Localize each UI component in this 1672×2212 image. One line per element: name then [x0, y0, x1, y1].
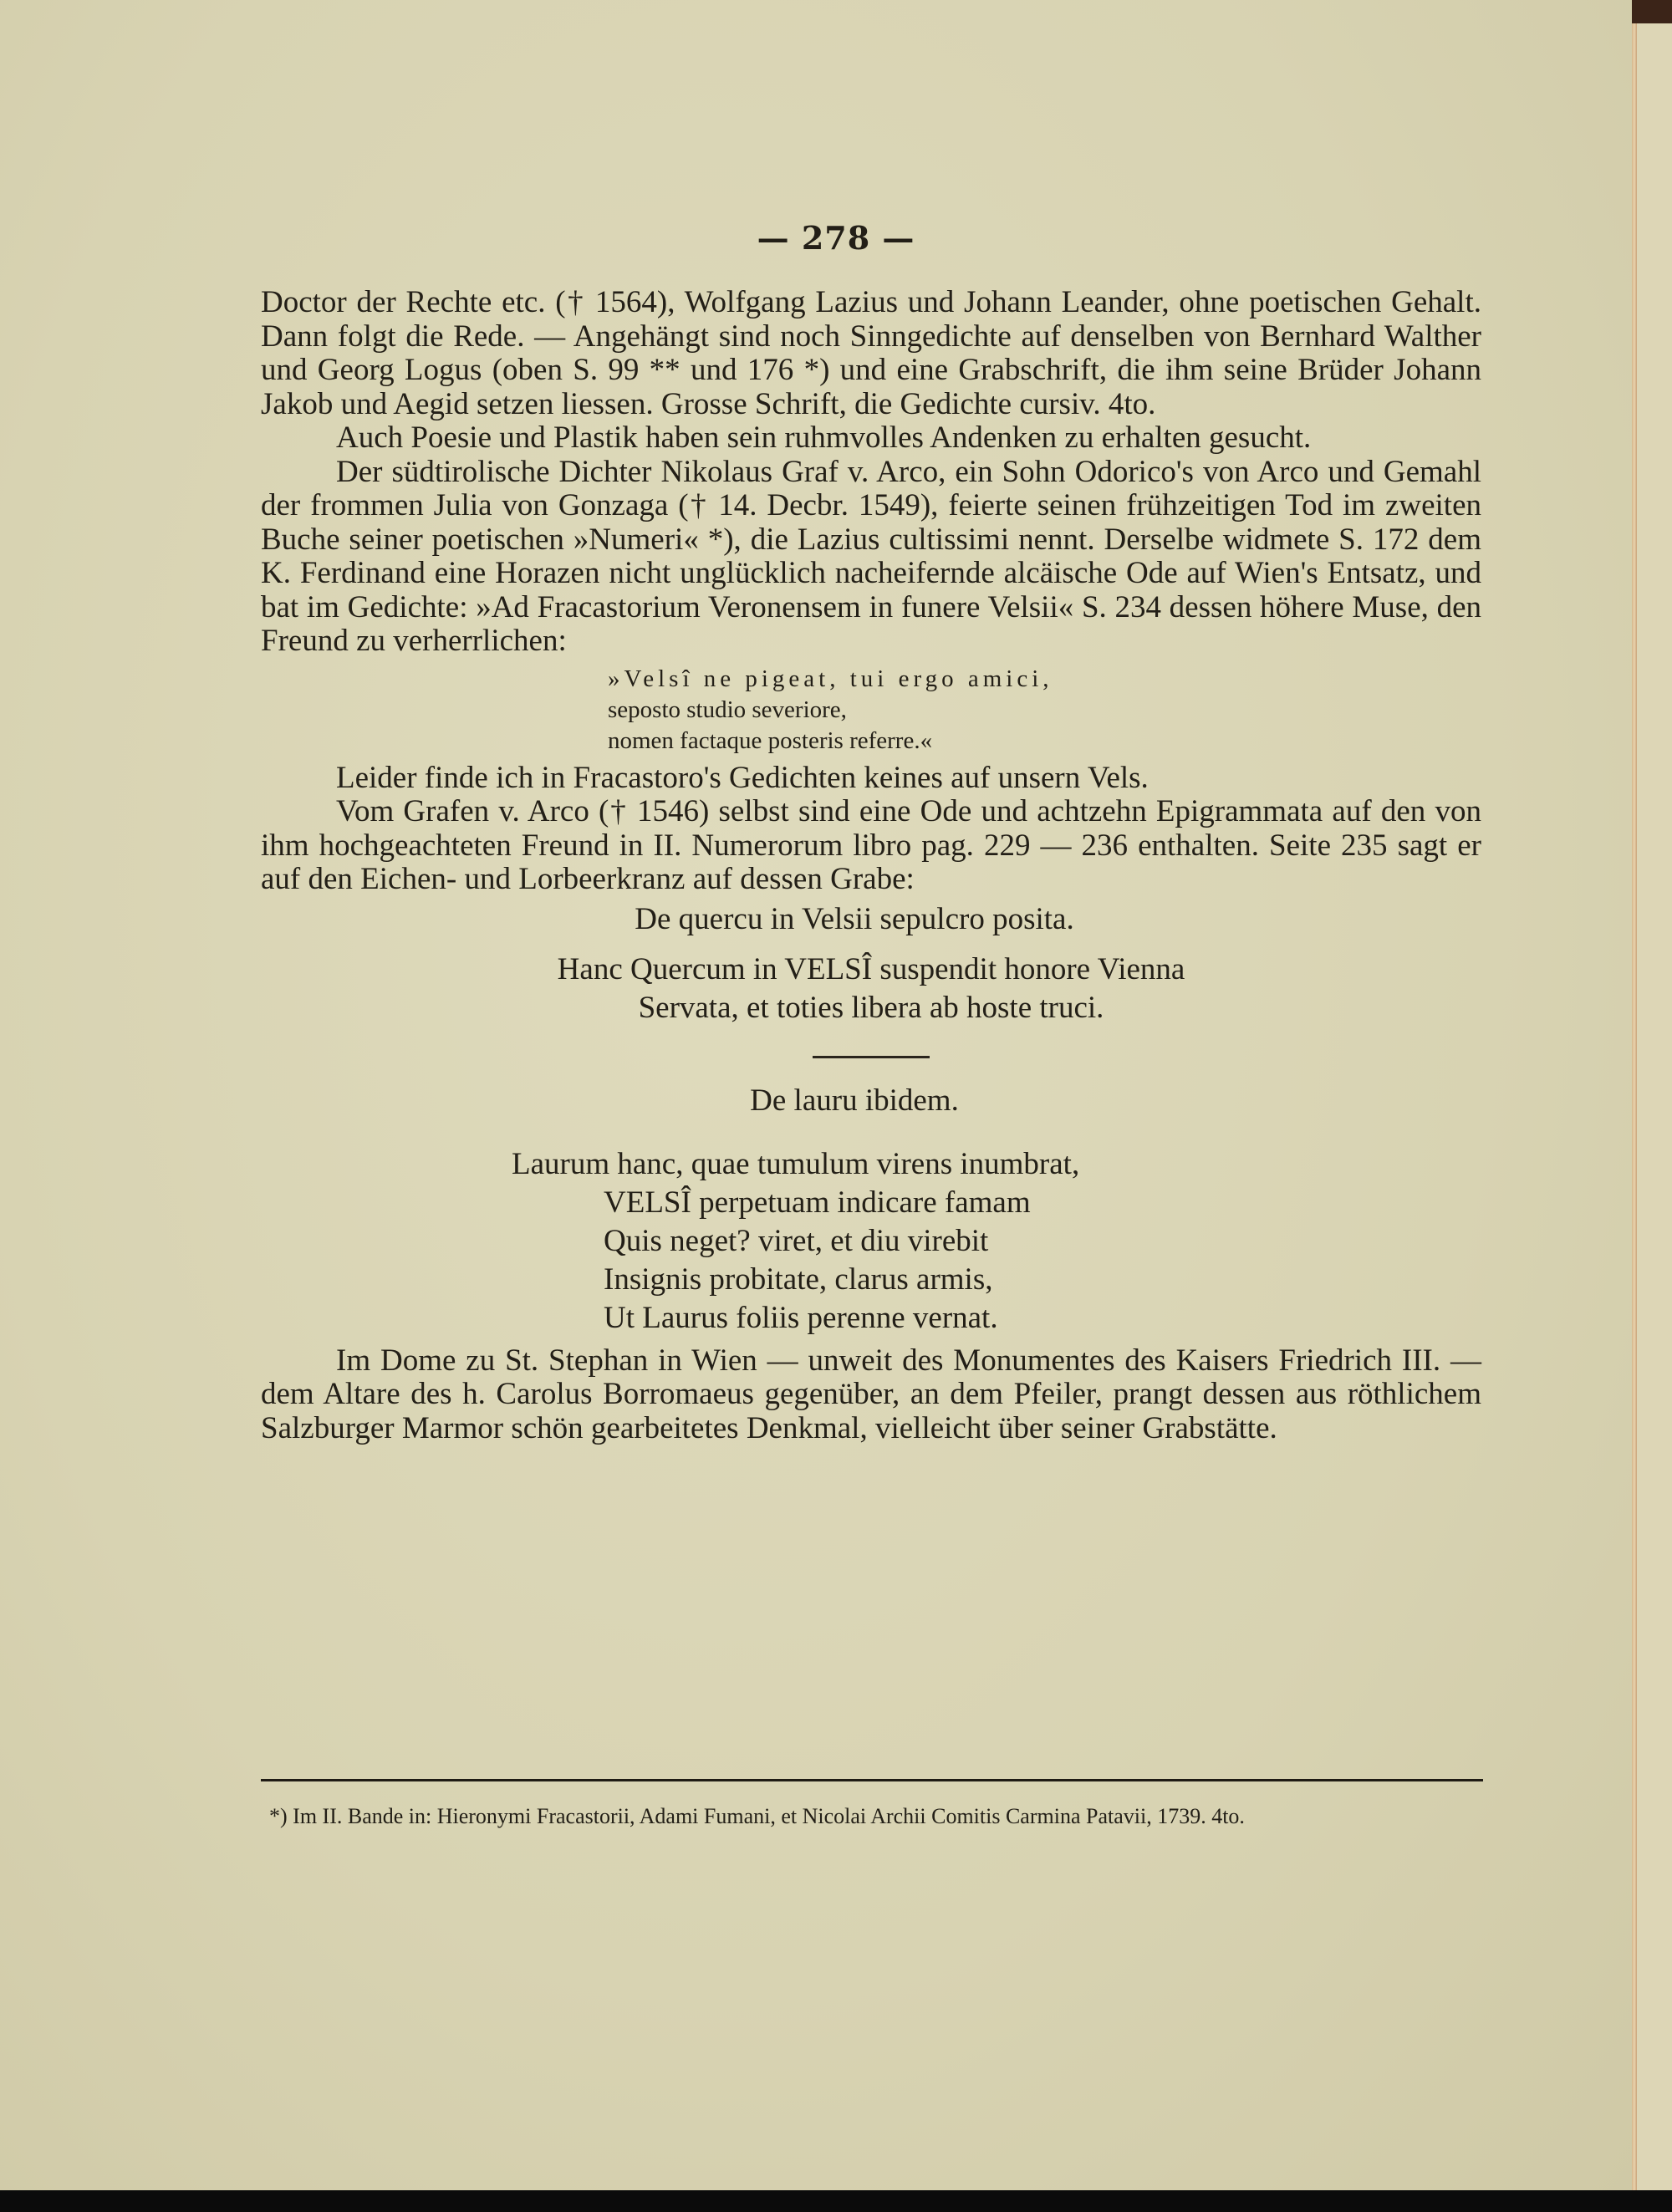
- poem-line: Insignis probitate, clarus armis,: [604, 1261, 1481, 1299]
- paragraph-1: Doctor der Rechte etc. († 1564), Wolfgan…: [261, 286, 1481, 421]
- quote-line: seposto studio severiore,: [608, 695, 1481, 726]
- section-divider: [813, 1056, 930, 1058]
- poem-2: De lauru ibidem. Laurum hanc, quae tumul…: [261, 1082, 1481, 1338]
- quote-line: »Velsî ne pigeat, tui ergo amici,: [608, 664, 1481, 695]
- poem-line: Servata, et toties libera ab hoste truci…: [261, 989, 1481, 1027]
- poem-title: De lauru ibidem.: [227, 1082, 1481, 1120]
- paragraph-6: Im Dome zu St. Stephan in Wien — unweit …: [261, 1344, 1481, 1446]
- poem-line: Ut Laurus foliis perenne vernat.: [604, 1299, 1481, 1338]
- page-fold: [1632, 23, 1637, 2190]
- scan-border: [0, 2190, 1672, 2212]
- paragraph-2: Auch Poesie und Plastik haben sein ruhmv…: [261, 421, 1481, 456]
- page-number: — 278 —: [0, 219, 1672, 257]
- footnote: *) Im II. Bande in: Hieronymi Fracastori…: [269, 1804, 1483, 1829]
- quotation: »Velsî ne pigeat, tui ergo amici, sepost…: [608, 664, 1481, 757]
- poem-1: De quercu in Velsii sepulcro posita. Han…: [261, 900, 1481, 1027]
- paragraph-4: Leider finde ich in Fracastoro's Gedicht…: [261, 762, 1481, 796]
- book-page: — 278 — Doctor der Rechte etc. († 1564),…: [0, 0, 1632, 2190]
- footnote-rule: [261, 1779, 1483, 1781]
- paragraph-5: Vom Grafen v. Arco († 1546) selbst sind …: [261, 795, 1481, 897]
- poem-line: Quis neget? viret, et diu virebit: [604, 1222, 1481, 1261]
- poem-line: VELSÎ perpetuam indicare famam: [604, 1184, 1481, 1222]
- paragraph-3: Der südtirolische Dichter Nikolaus Graf …: [261, 456, 1481, 659]
- poem-title: De quercu in Velsii sepulcro posita.: [227, 900, 1481, 939]
- next-leaf-edge: [1637, 23, 1672, 2190]
- quote-line: nomen factaque posteris referre.«: [608, 726, 1481, 757]
- poem-line: Laurum hanc, quae tumulum virens inumbra…: [512, 1145, 1481, 1184]
- page-body: Doctor der Rechte etc. († 1564), Wolfgan…: [261, 286, 1481, 1445]
- poem-line: Hanc Quercum in VELSÎ suspendit honore V…: [261, 951, 1481, 989]
